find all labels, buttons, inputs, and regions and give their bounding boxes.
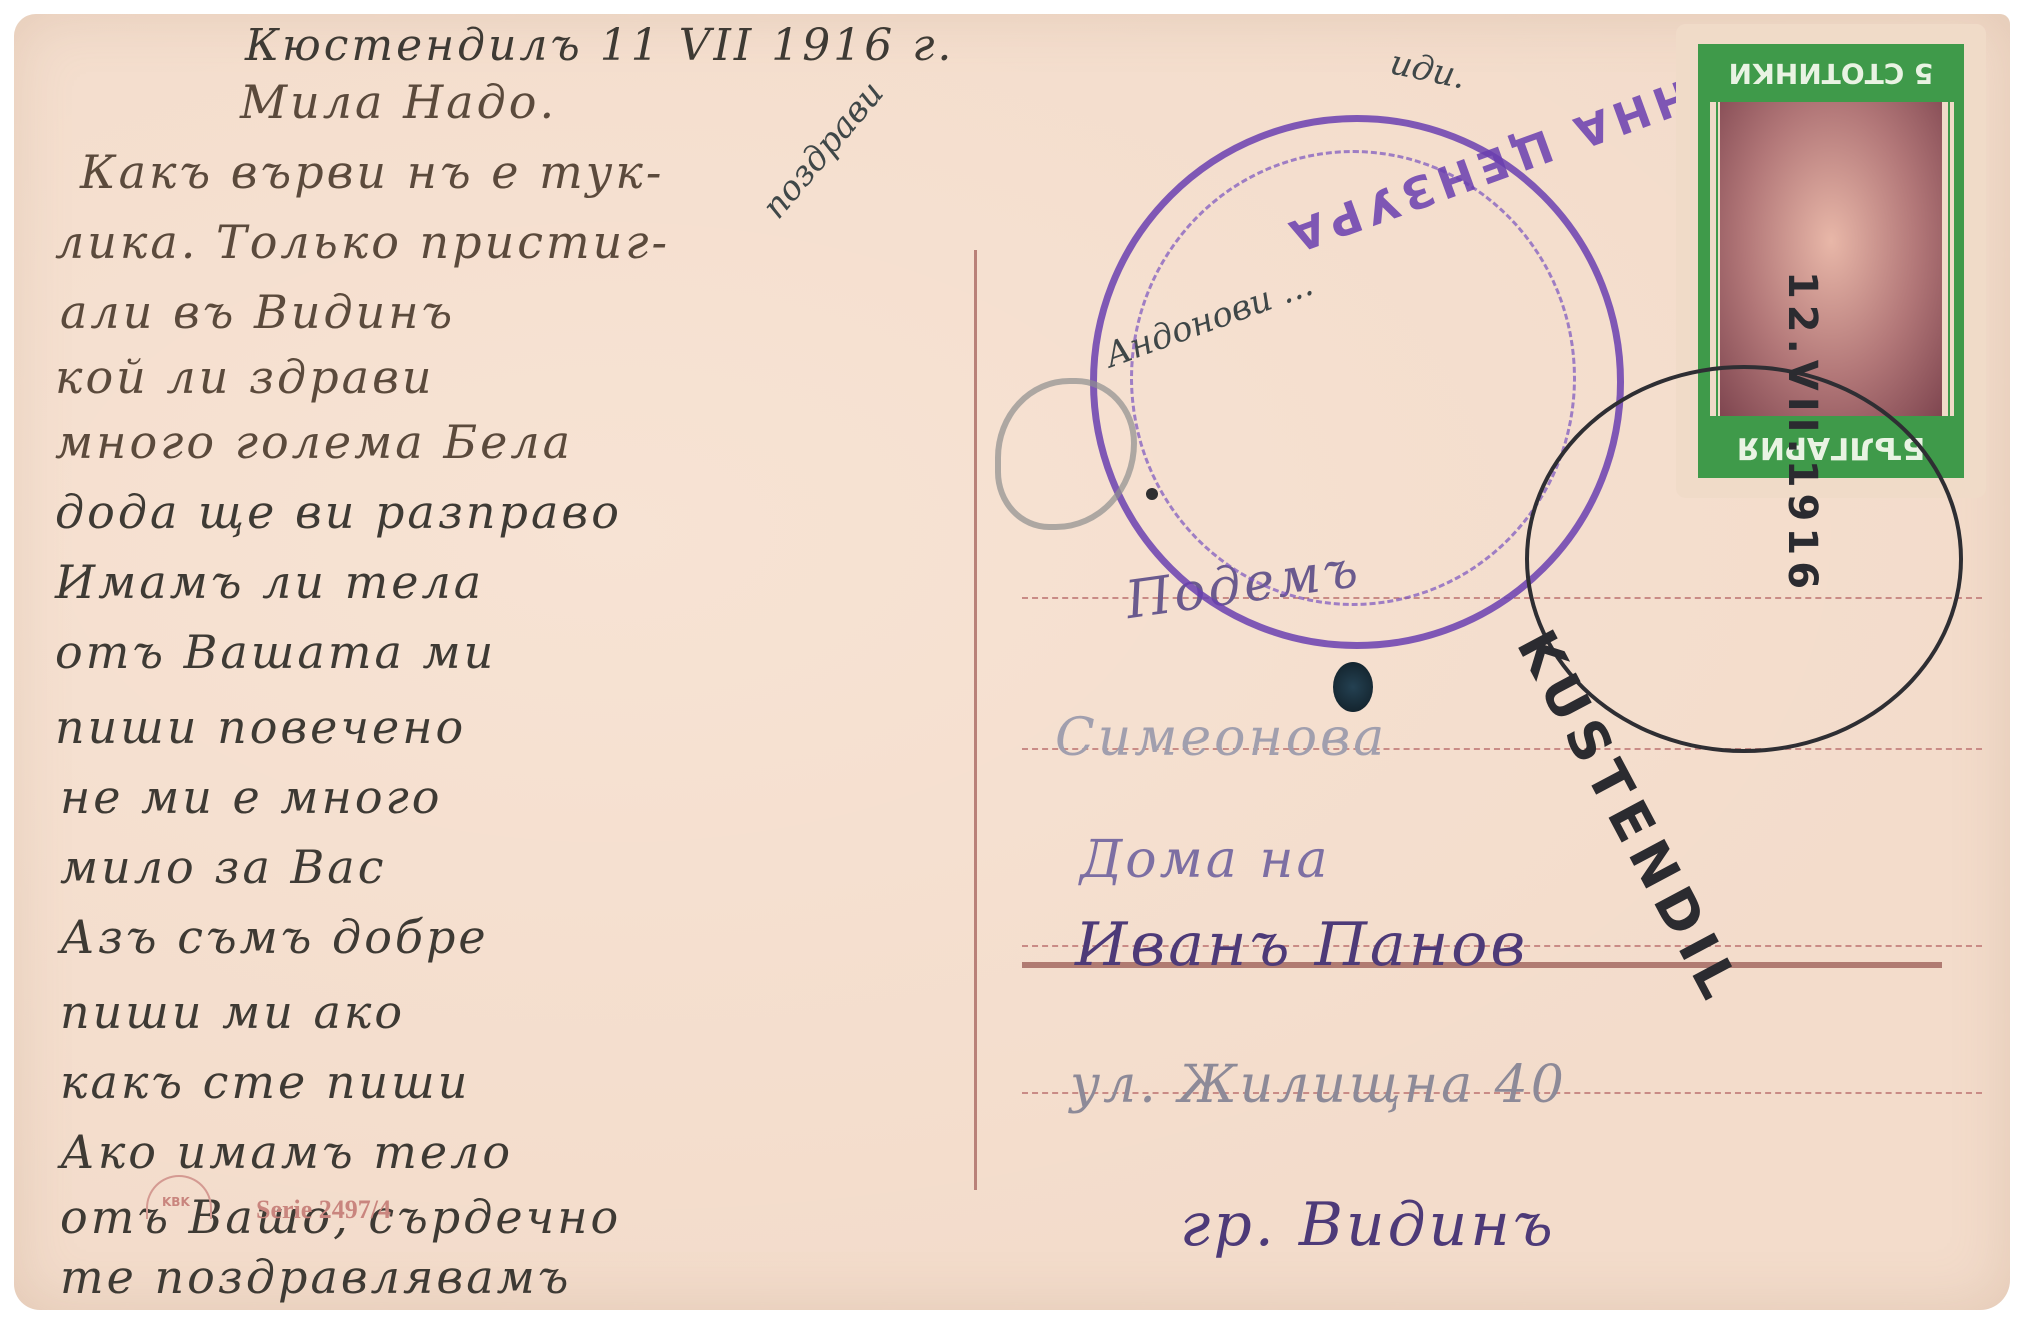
stamp-denomination: 5 СТОТИНКИ <box>1698 44 1964 102</box>
publisher-mark: KBK <box>162 1195 190 1209</box>
message-line: Имамъ ли тела <box>55 555 484 609</box>
message-line: лика. Только пристиг- <box>55 215 670 269</box>
message-line: мило за Вас <box>60 840 387 894</box>
message-line: Какъ върви нъ е тук- <box>80 145 664 199</box>
message-line: пиши повечено <box>55 700 466 754</box>
address-line: Иванъ Панов <box>1075 910 1528 980</box>
ink-dot <box>1146 488 1158 500</box>
message-line: пиши ми ако <box>60 985 405 1039</box>
date-line: Кюстендилъ 11 VII 1916 г. <box>245 20 954 71</box>
address-line: ул. Жилищна 40 <box>1070 1055 1567 1115</box>
address-line: Дома на <box>1080 830 1330 890</box>
address-line: гр. Видинъ <box>1180 1190 1556 1260</box>
message-line: много голема Бела <box>55 415 573 469</box>
message-line: Азъ съмъ добре <box>60 910 489 964</box>
message-line: али въ Видинъ <box>60 285 455 339</box>
ink-blot <box>1333 662 1373 712</box>
postmark-date: 12.VII.1916 <box>1779 271 1825 595</box>
center-divider <box>974 250 977 1190</box>
message-line: отъ Вашата ми <box>55 625 496 679</box>
address-line: Симеонова <box>1055 708 1387 768</box>
series-number: Serie 2497/4 <box>256 1195 391 1225</box>
message-line: кой ли здрави <box>55 350 434 404</box>
message-line: те поздравлявамъ <box>60 1250 571 1304</box>
message-line: Ако имамъ тело <box>60 1125 513 1179</box>
message-line: не ми е много <box>60 770 442 824</box>
message-line: дода ще ви разправо <box>55 485 622 539</box>
message-line: Мила Надо. <box>240 75 557 129</box>
message-line: какъ сте пиши <box>60 1055 470 1109</box>
